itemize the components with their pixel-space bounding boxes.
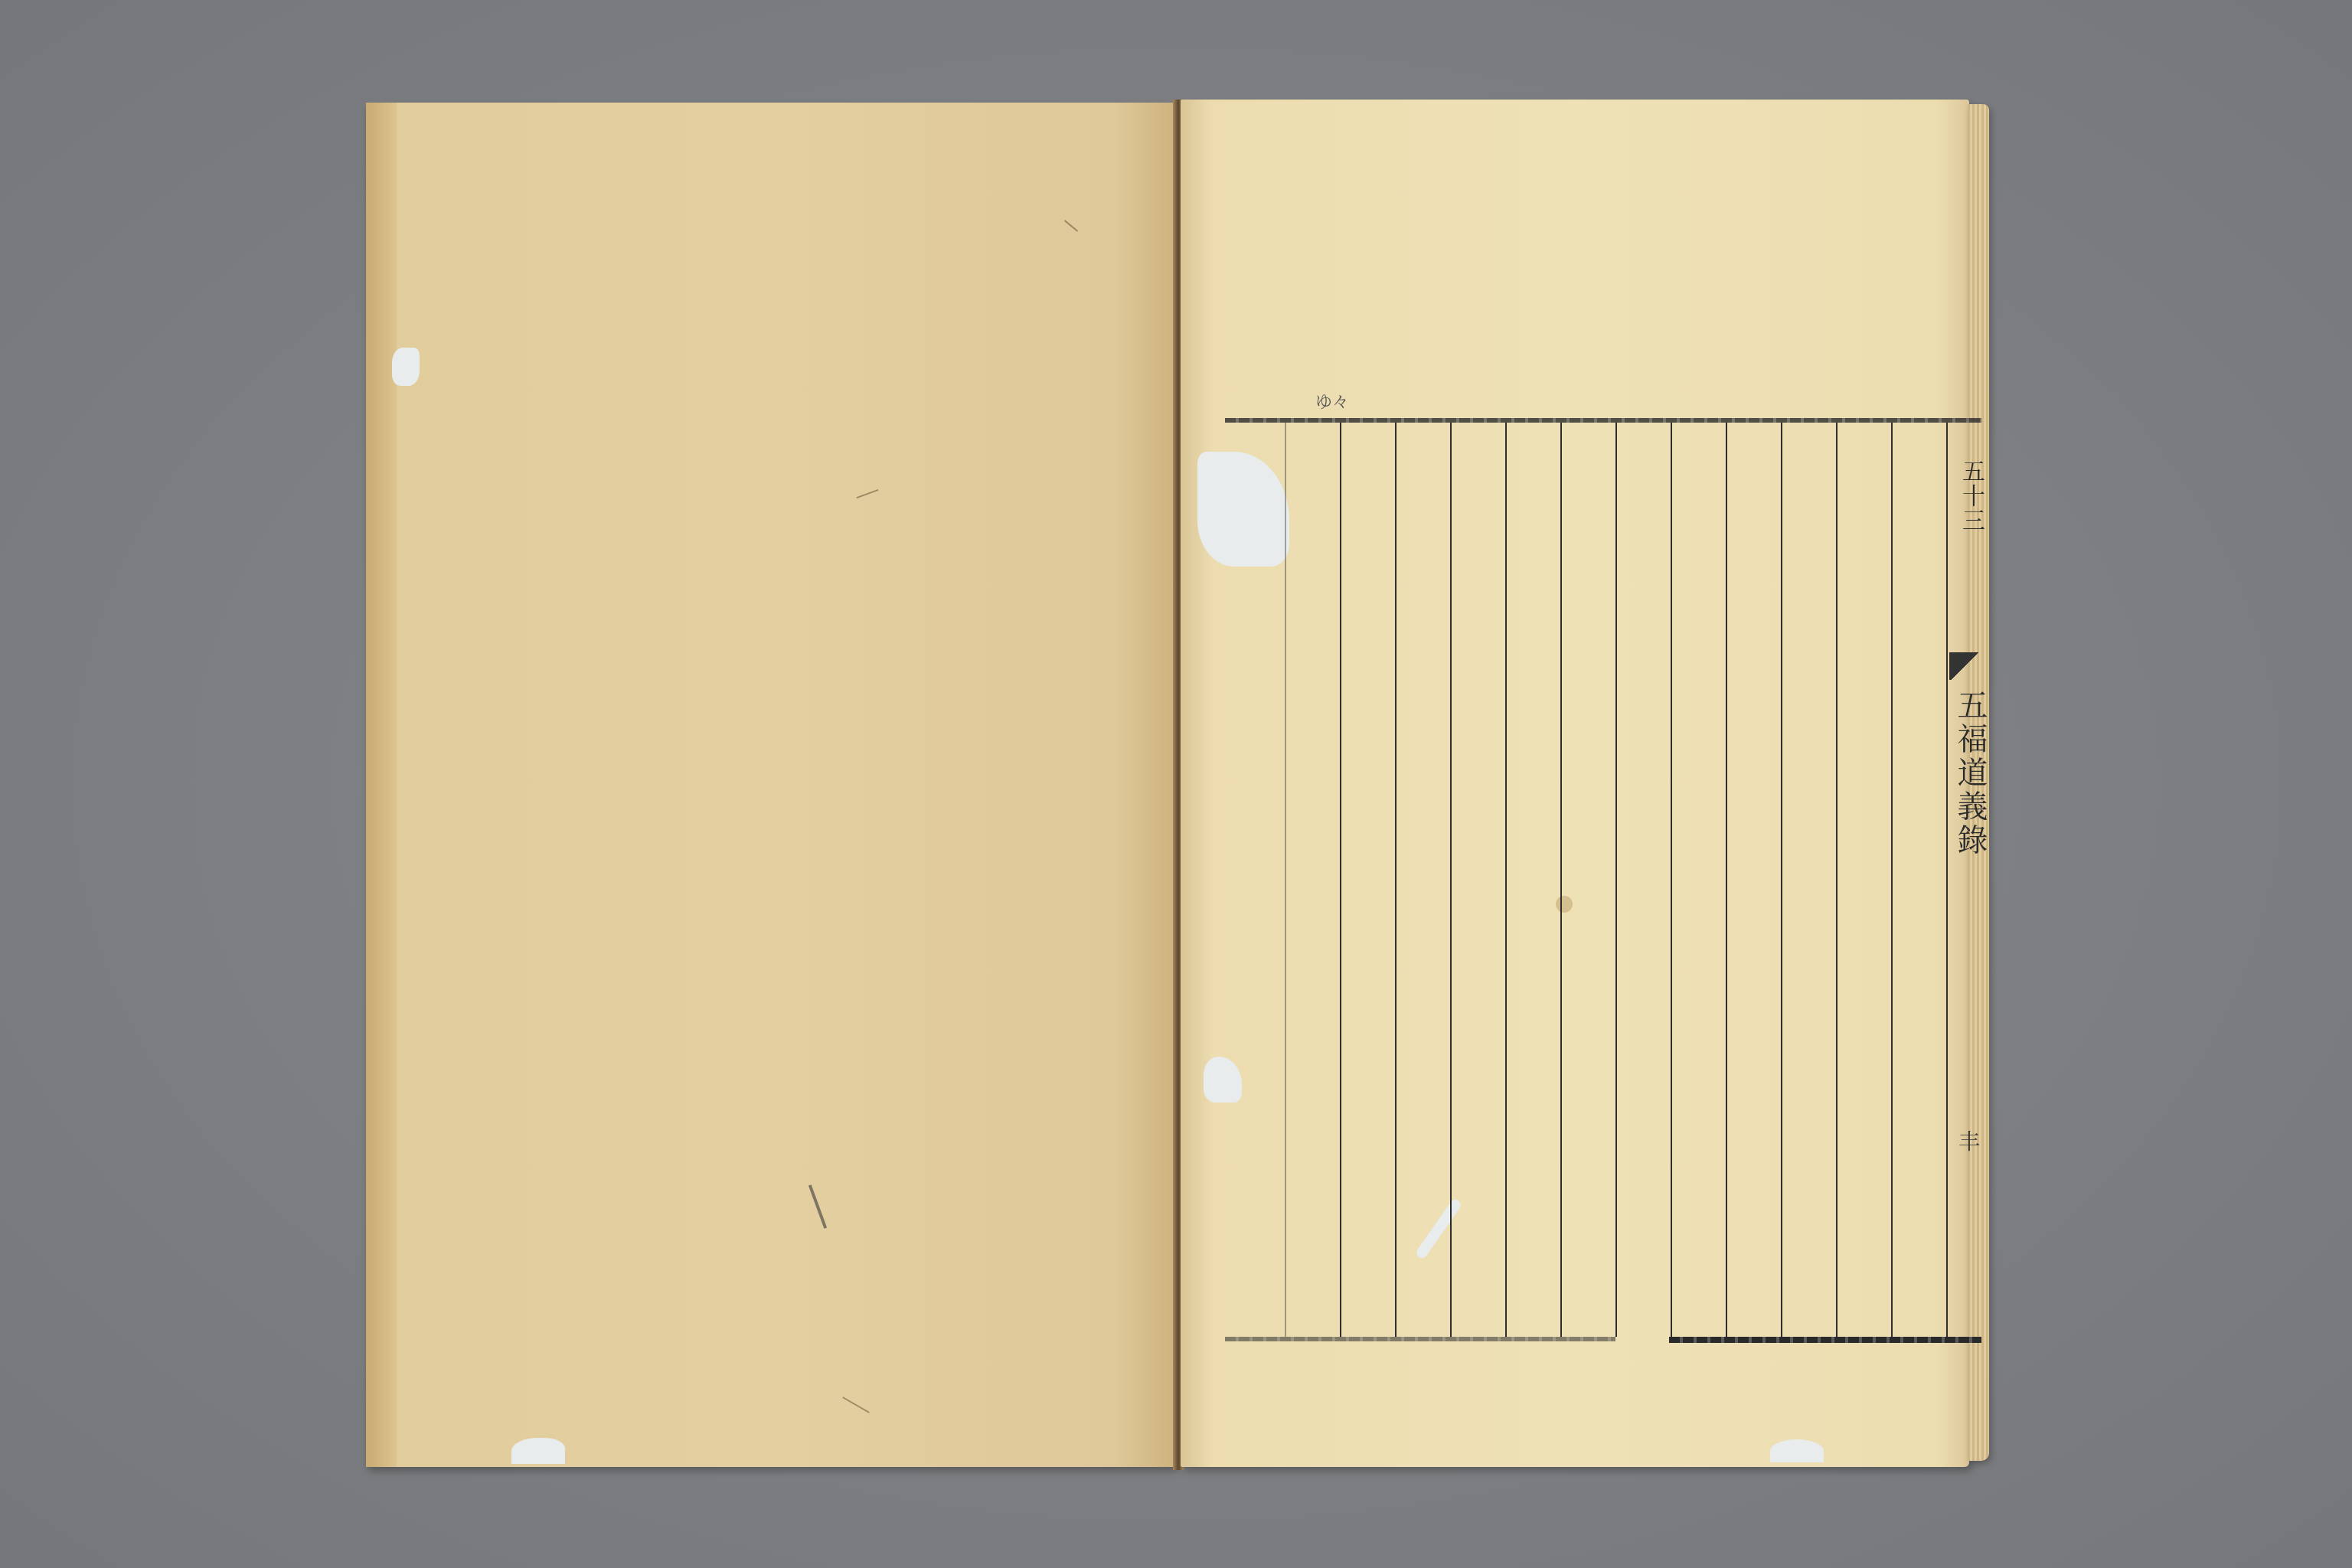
fish-tail-mark bbox=[1949, 652, 1980, 680]
column-rule bbox=[1891, 423, 1893, 1337]
frame-bottom-border-left bbox=[1225, 1337, 1615, 1341]
paper-fiber bbox=[1064, 220, 1078, 232]
paper-tear bbox=[511, 1438, 565, 1464]
column-rule bbox=[1340, 423, 1341, 1337]
book-spread: ゆ々 五十三 五福道義錄 丰 bbox=[0, 0, 2352, 1568]
paper-fiber bbox=[842, 1396, 870, 1413]
page-number: 五十三 bbox=[1957, 459, 1988, 533]
column-rule bbox=[1505, 423, 1507, 1337]
top-mark: ゆ々 bbox=[1315, 389, 1349, 413]
column-rule bbox=[1946, 423, 1948, 1337]
column-rule bbox=[1836, 423, 1837, 1337]
column-rule bbox=[1781, 423, 1782, 1337]
column-rule bbox=[1560, 423, 1562, 1337]
column-rule bbox=[1726, 423, 1727, 1337]
bottom-margin-mark: 丰 bbox=[1958, 1125, 1981, 1156]
margin-book-title: 五福道義錄 bbox=[1954, 689, 1992, 857]
frame-top-border bbox=[1225, 418, 1981, 423]
column-rule bbox=[1395, 423, 1396, 1337]
column-rule bbox=[1615, 423, 1617, 1337]
frame-bottom-border-right bbox=[1669, 1337, 1981, 1343]
column-rule bbox=[1671, 423, 1672, 1337]
printed-frame bbox=[1225, 418, 1981, 1344]
left-page bbox=[366, 103, 1178, 1467]
paper-tear bbox=[1770, 1439, 1824, 1462]
paper-tear bbox=[392, 348, 420, 386]
column-rule bbox=[1285, 423, 1286, 1337]
paper-fiber bbox=[808, 1184, 827, 1229]
column-rule bbox=[1450, 423, 1452, 1337]
paper-fiber bbox=[857, 489, 879, 498]
